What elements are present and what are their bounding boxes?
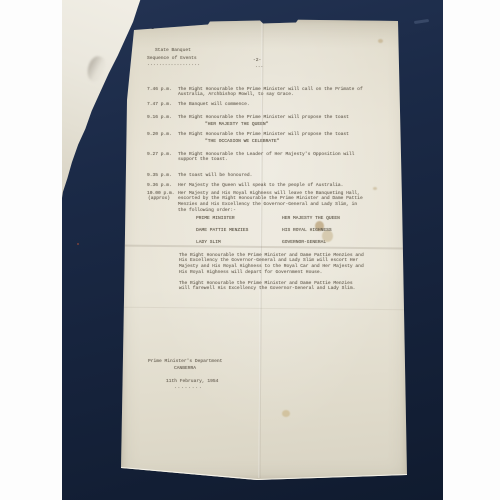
event-text-line: The Banquet will commence. (178, 102, 250, 108)
event-text: The Right Honourable the Leader of Her M… (178, 152, 354, 163)
city-line: CANBERRA (148, 366, 222, 372)
event-time: 9.35 p.m. (147, 173, 172, 179)
toast-title-line: "HER MAJESTY THE QUEEN" (178, 122, 349, 128)
procession-left-name: DAME PATTIE MENZIES (196, 228, 248, 234)
event-time-note: (approx) (148, 196, 170, 202)
procession-right-name: HER MAJESTY THE QUEEN (282, 216, 340, 222)
photo-background: State Banquet Sequence of Events .......… (62, 0, 443, 500)
event-text: The Banquet will commence. (178, 102, 250, 108)
event-text: Her Majesty and His Royal Highness will … (178, 191, 363, 214)
background-speck (77, 243, 79, 245)
event-text-line: the following order:- (178, 208, 363, 214)
closing-paragraphs: The Right Honourable the Prime Minister … (179, 253, 364, 298)
toast-title-line: "THE OCCASION WE CELEBRATE" (178, 139, 349, 145)
event-text-line: Her Majesty the Queen will speak to the … (178, 183, 343, 189)
procession-row: LADY SLIMGOVERNOR-GENERAL (196, 240, 366, 252)
paper-curl-shadow (84, 54, 107, 84)
department-line: Prime Minister's Department (148, 359, 222, 365)
procession-row: PRIME MINISTERHER MAJESTY THE QUEEN (196, 216, 366, 228)
paragraph-line: Majesty and His Royal Highness to the Ro… (179, 264, 364, 270)
event-text: The Right Honourable the Prime Minister … (178, 132, 349, 144)
event-text-line: The Right Honourable the Prime Minister … (178, 132, 349, 138)
event-time: 9.20 p.m. (147, 132, 172, 138)
event-text-line: support the toast. (178, 157, 354, 163)
event-text: The toast will be honoured. (178, 173, 252, 179)
event-time: 7.47 p.m. (147, 102, 172, 108)
document-footer: Prime Minister's Department CANBERRA 11t… (148, 359, 222, 391)
pin-hole-speck (151, 26, 154, 29)
event-text: The Right Honourable the Prime Minister … (178, 87, 363, 98)
event-text-line: The Right Honourable the Prime Minister … (178, 115, 349, 121)
paragraph: The Right Honourable the Prime Minister … (179, 253, 364, 276)
procession-left-name: LADY SLIM (196, 240, 221, 246)
procession-order-list: PRIME MINISTERHER MAJESTY THE QUEENDAME … (196, 216, 366, 252)
left-white-margin (0, 0, 62, 500)
event-time: 9.27 p.m. (147, 152, 172, 158)
event-text: The Right Honourable the Prime Minister … (178, 115, 349, 127)
photo-of-document: State Banquet Sequence of Events .......… (0, 0, 500, 500)
event-text: Her Majesty the Queen will speak to the … (178, 183, 343, 189)
background-smudge (414, 19, 429, 24)
event-time: 9.36 p.m. (147, 183, 172, 189)
paragraph-line: will farewell His Excellency the Governo… (179, 286, 364, 292)
procession-row: DAME PATTIE MENZIESHIS ROYAL HIGHNESS (196, 228, 366, 240)
event-time: 7.46 p.m. (147, 87, 172, 93)
event-text-line: Menzies and His Excellency the Governor-… (178, 202, 363, 208)
paragraph-line: His Royal Highness will depart for Gover… (179, 270, 364, 276)
event-time: 9.16 p.m. (147, 115, 172, 121)
procession-right-name: HIS ROYAL HIGHNESS (282, 228, 332, 234)
document-content: State Banquet Sequence of Events .......… (118, 16, 410, 482)
paragraph: The Right Honourable the Prime Minister … (179, 281, 364, 292)
event-text-line: The toast will be honoured. (178, 173, 252, 179)
procession-left-name: PRIME MINISTER (196, 216, 235, 222)
document-page: State Banquet Sequence of Events .......… (118, 16, 410, 482)
date-line: 11th February, 1954 (148, 379, 222, 385)
procession-right-name: GOVERNOR-GENERAL (282, 240, 326, 246)
event-text-line: Australia, Archbishop Mowll, to say Grac… (178, 92, 363, 98)
footer-dots: ........ (148, 385, 222, 391)
right-white-margin (443, 0, 500, 500)
